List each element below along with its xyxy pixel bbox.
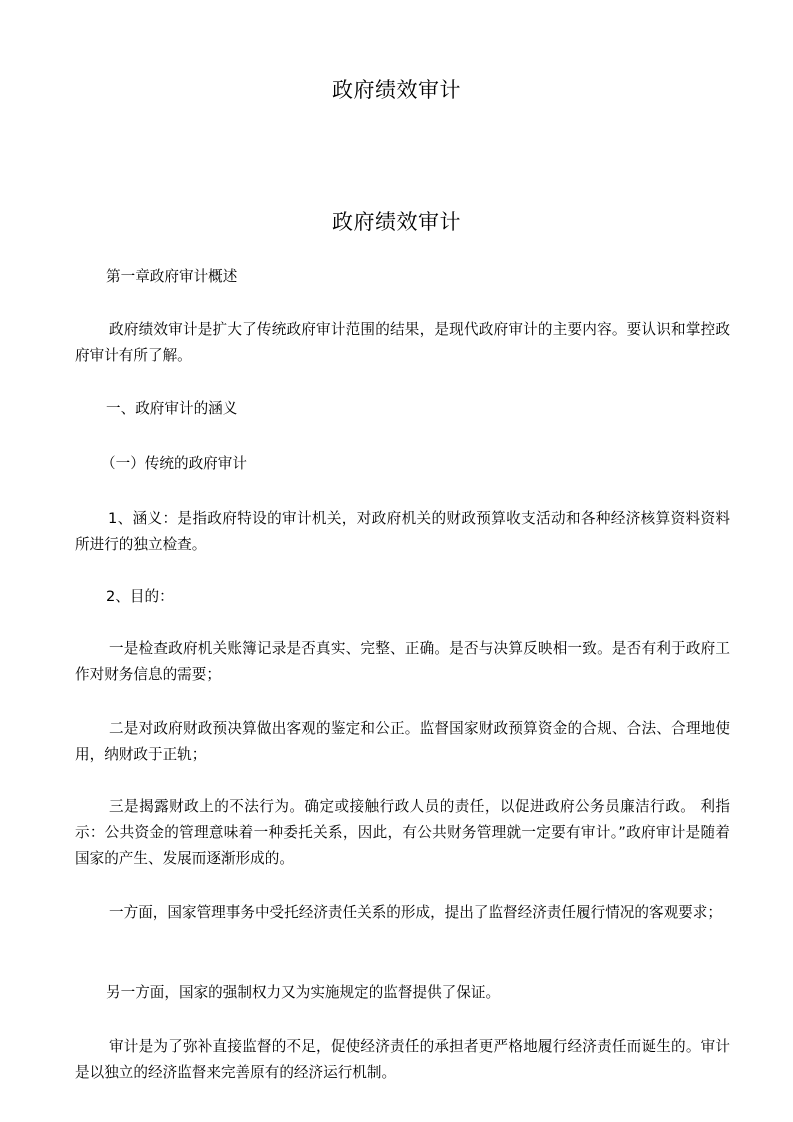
chapter-heading: 第一章政府审计概述 [75,264,730,290]
paragraph: 1、涵义：是指政府特设的审计机关，对政府机关的财政预算收支活动和各种经济核算资料… [75,506,730,558]
paragraph: 另一方面，国家的强制权力又为实施规定的监督提供了保证。 [75,980,730,1006]
paragraph: 审计是为了弥补直接监督的不足，促使经济责任的承担者更严格地履行经济责任而诞生的。… [75,1034,730,1086]
paragraph: 一方面，国家管理事务中受托经济责任关系的形成，提出了监督经济责任履行情况的客观要… [75,900,730,926]
subsection-heading: （一）传统的政府审计 [75,451,730,477]
paragraph: 三是揭露财政上的不法行为。确定或接触行政人员的责任，以促进政府公务员廉洁行政。 … [75,794,730,872]
header-title: 政府绩效审计 [0,74,793,104]
main-title: 政府绩效审计 [0,206,793,236]
section-heading: 一、政府审计的涵义 [75,396,730,422]
paragraph: 政府绩效审计是扩大了传统政府审计范围的结果，是现代政府审计的主要内容。要认识和掌… [75,317,730,369]
paragraph: 一是检查政府机关账簿记录是否真实、完整、正确。是否与决算反映相一致。是否有利于政… [75,636,730,688]
document-page: 政府绩效审计 政府绩效审计 第一章政府审计概述 政府绩效审计是扩大了传统政府审计… [0,0,793,1122]
paragraph: 二是对政府财政预决算做出客观的鉴定和公正。监督国家财政预算资金的合规、合法、合理… [75,716,730,768]
paragraph: 2、目的： [75,584,730,610]
